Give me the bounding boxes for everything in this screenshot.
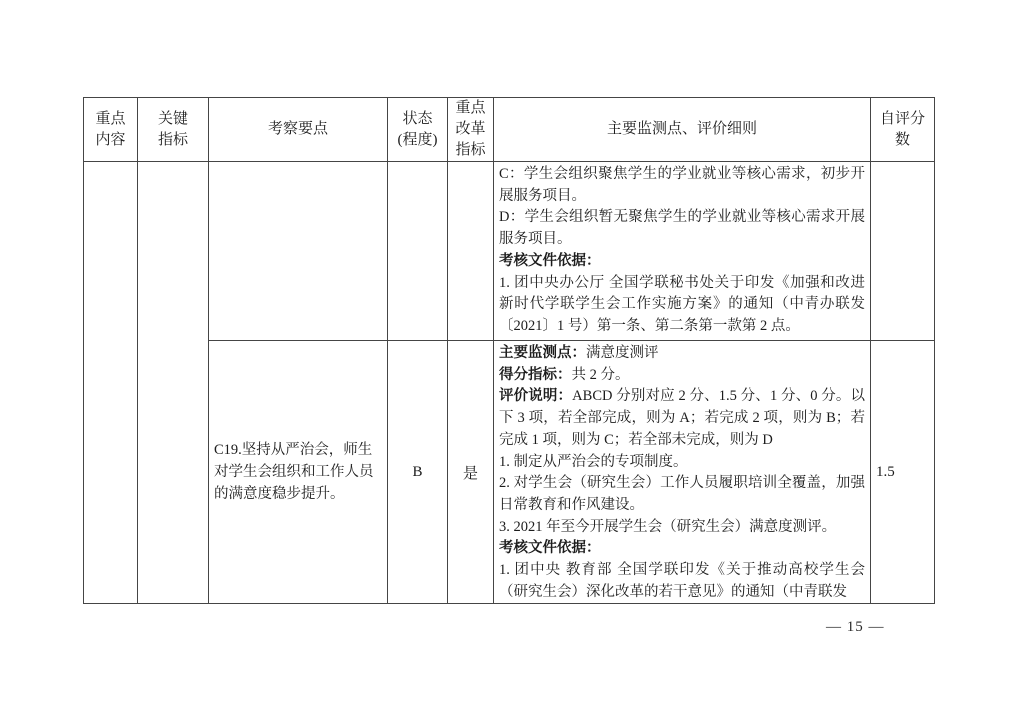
detail-text: C：学生会组织聚焦学生的学业就业等核心需求，初步开展服务项目。 bbox=[499, 166, 865, 204]
detail-label: 得分指标： bbox=[499, 367, 572, 383]
detail-text: 2. 对学生会（研究生会）工作人员履职培训全覆盖，加强日常教育和作风建设。 bbox=[499, 475, 865, 513]
header-row: 重点 内容 关键 指标 考察要点 状态 (程度) 重点 改革 指标 主要监测点、… bbox=[84, 98, 935, 162]
header-self-score: 自评分数 bbox=[871, 98, 935, 162]
detail-label: 主要监测点： bbox=[499, 345, 586, 361]
cell-self-score-2: 1.5 bbox=[871, 341, 935, 604]
document-page: { "page": { "number_label": "— 15 —" }, … bbox=[0, 0, 1024, 724]
cell-key-content bbox=[84, 162, 138, 604]
header-inspection-point: 考察要点 bbox=[209, 98, 388, 162]
detail-paragraph: 1. 团中央 教育部 全国学联印发《关于推动高校学生会（研究生会）深化改革的若干… bbox=[499, 560, 865, 603]
detail-text: D：学生会组织暂无聚焦学生的学业就业等核心需求开展服务项目。 bbox=[499, 209, 865, 247]
header-key-content: 重点 内容 bbox=[84, 98, 138, 162]
table-row-continuation: C：学生会组织聚焦学生的学业就业等核心需求，初步开展服务项目。D：学生会组织暂无… bbox=[84, 162, 935, 341]
detail-label: 考核文件依据： bbox=[499, 253, 601, 269]
cell-monitoring-criteria-1: C：学生会组织聚焦学生的学业就业等核心需求，初步开展服务项目。D：学生会组织暂无… bbox=[494, 162, 871, 341]
detail-paragraph: 主要监测点：满意度测评 bbox=[499, 343, 865, 365]
page-number: — 15 — bbox=[826, 619, 885, 636]
detail-text: 1. 制定从严治会的专项制度。 bbox=[499, 454, 688, 470]
header-status: 状态 (程度) bbox=[388, 98, 448, 162]
detail-text: 1. 团中央办公厅 全国学联秘书处关于印发《加强和改进新时代学联学生会工作实施方… bbox=[499, 275, 865, 334]
detail-label: 考核文件依据： bbox=[499, 540, 601, 556]
cell-status-2: B bbox=[388, 341, 448, 604]
detail-label: 评价说明： bbox=[499, 388, 572, 404]
cell-status-1 bbox=[388, 162, 448, 341]
detail-paragraph: 3. 2021 年至今开展学生会（研究生会）满意度测评。 bbox=[499, 517, 865, 539]
cell-reform-indicator-2: 是 bbox=[448, 341, 494, 604]
cell-key-indicator bbox=[138, 162, 209, 604]
header-key-indicator: 关键 指标 bbox=[138, 98, 209, 162]
detail-text: 3. 2021 年至今开展学生会（研究生会）满意度测评。 bbox=[499, 519, 836, 535]
header-monitoring-criteria: 主要监测点、评价细则 bbox=[494, 98, 871, 162]
detail-text: 满意度测评 bbox=[586, 345, 659, 361]
detail-paragraph: 2. 对学生会（研究生会）工作人员履职培训全覆盖，加强日常教育和作风建设。 bbox=[499, 473, 865, 516]
cell-inspection-point-1 bbox=[209, 162, 388, 341]
cell-inspection-point-2: C19.坚持从严治会，师生对学生会组织和工作人员的满意度稳步提升。 bbox=[209, 341, 388, 604]
detail-paragraph: D：学生会组织暂无聚焦学生的学业就业等核心需求开展服务项目。 bbox=[499, 207, 865, 250]
detail-paragraph: 1. 团中央办公厅 全国学联秘书处关于印发《加强和改进新时代学联学生会工作实施方… bbox=[499, 273, 865, 338]
detail-paragraph: 考核文件依据： bbox=[499, 251, 865, 273]
evaluation-table: 重点 内容 关键 指标 考察要点 状态 (程度) 重点 改革 指标 主要监测点、… bbox=[83, 97, 935, 604]
detail-text: 1. 团中央 教育部 全国学联印发《关于推动高校学生会（研究生会）深化改革的若干… bbox=[499, 562, 865, 600]
cell-self-score-1 bbox=[871, 162, 935, 341]
detail-paragraph: C：学生会组织聚焦学生的学业就业等核心需求，初步开展服务项目。 bbox=[499, 164, 865, 207]
cell-monitoring-criteria-2: 主要监测点：满意度测评得分指标：共 2 分。评价说明：ABCD 分别对应 2 分… bbox=[494, 341, 871, 604]
detail-paragraph: 得分指标：共 2 分。 bbox=[499, 365, 865, 387]
detail-paragraph: 考核文件依据： bbox=[499, 538, 865, 560]
cell-reform-indicator-1 bbox=[448, 162, 494, 341]
detail-text: 共 2 分。 bbox=[572, 367, 630, 383]
header-reform-indicator: 重点 改革 指标 bbox=[448, 98, 494, 162]
table-row-c19: C19.坚持从严治会，师生对学生会组织和工作人员的满意度稳步提升。 B 是 主要… bbox=[84, 341, 935, 604]
detail-paragraph: 1. 制定从严治会的专项制度。 bbox=[499, 452, 865, 474]
detail-paragraph: 评价说明：ABCD 分别对应 2 分、1.5 分、1 分、0 分。以下 3 项，… bbox=[499, 386, 865, 451]
